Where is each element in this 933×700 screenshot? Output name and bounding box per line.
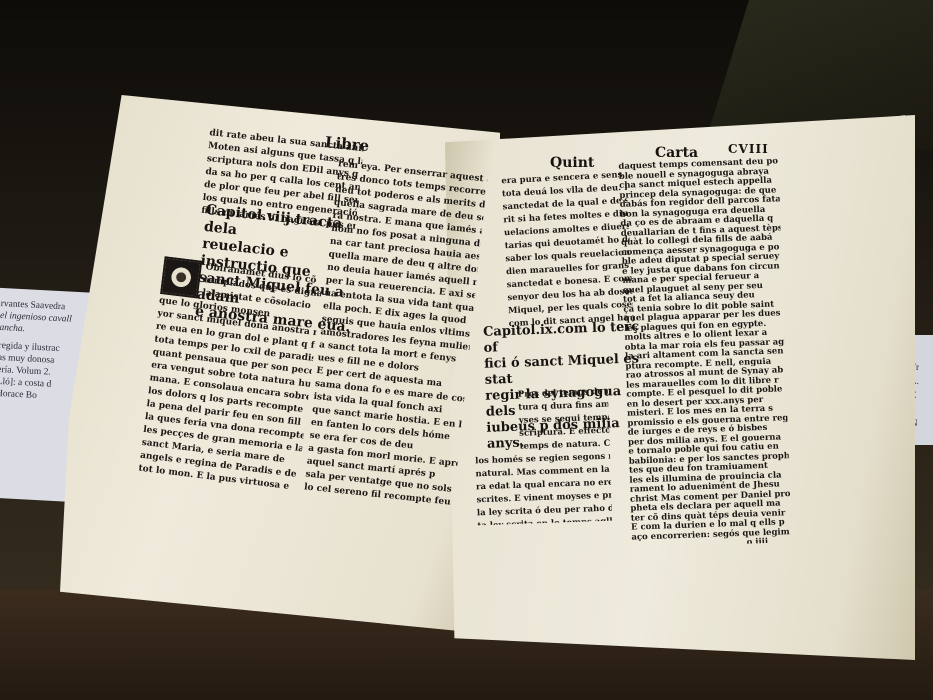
running-head-carta: Carta <box>655 145 698 161</box>
right-col1-bottom: Pres del temps de na tura q dura fins am… <box>473 386 613 526</box>
right-col1-top: era pura e sencera e sens magula tota de… <box>501 169 634 330</box>
open-book: Libre dit rate abeu la sua sancta anima … <box>0 0 933 700</box>
folio-number: CVIII <box>728 142 769 156</box>
right-col2: daquest temps comensant deu po ble nouel… <box>618 157 791 547</box>
left-col1-body: Obiranamét dius lo cõ templados que es d… <box>137 256 324 504</box>
decorated-initial-icon <box>160 256 202 298</box>
running-head-right: Quint <box>550 155 594 171</box>
